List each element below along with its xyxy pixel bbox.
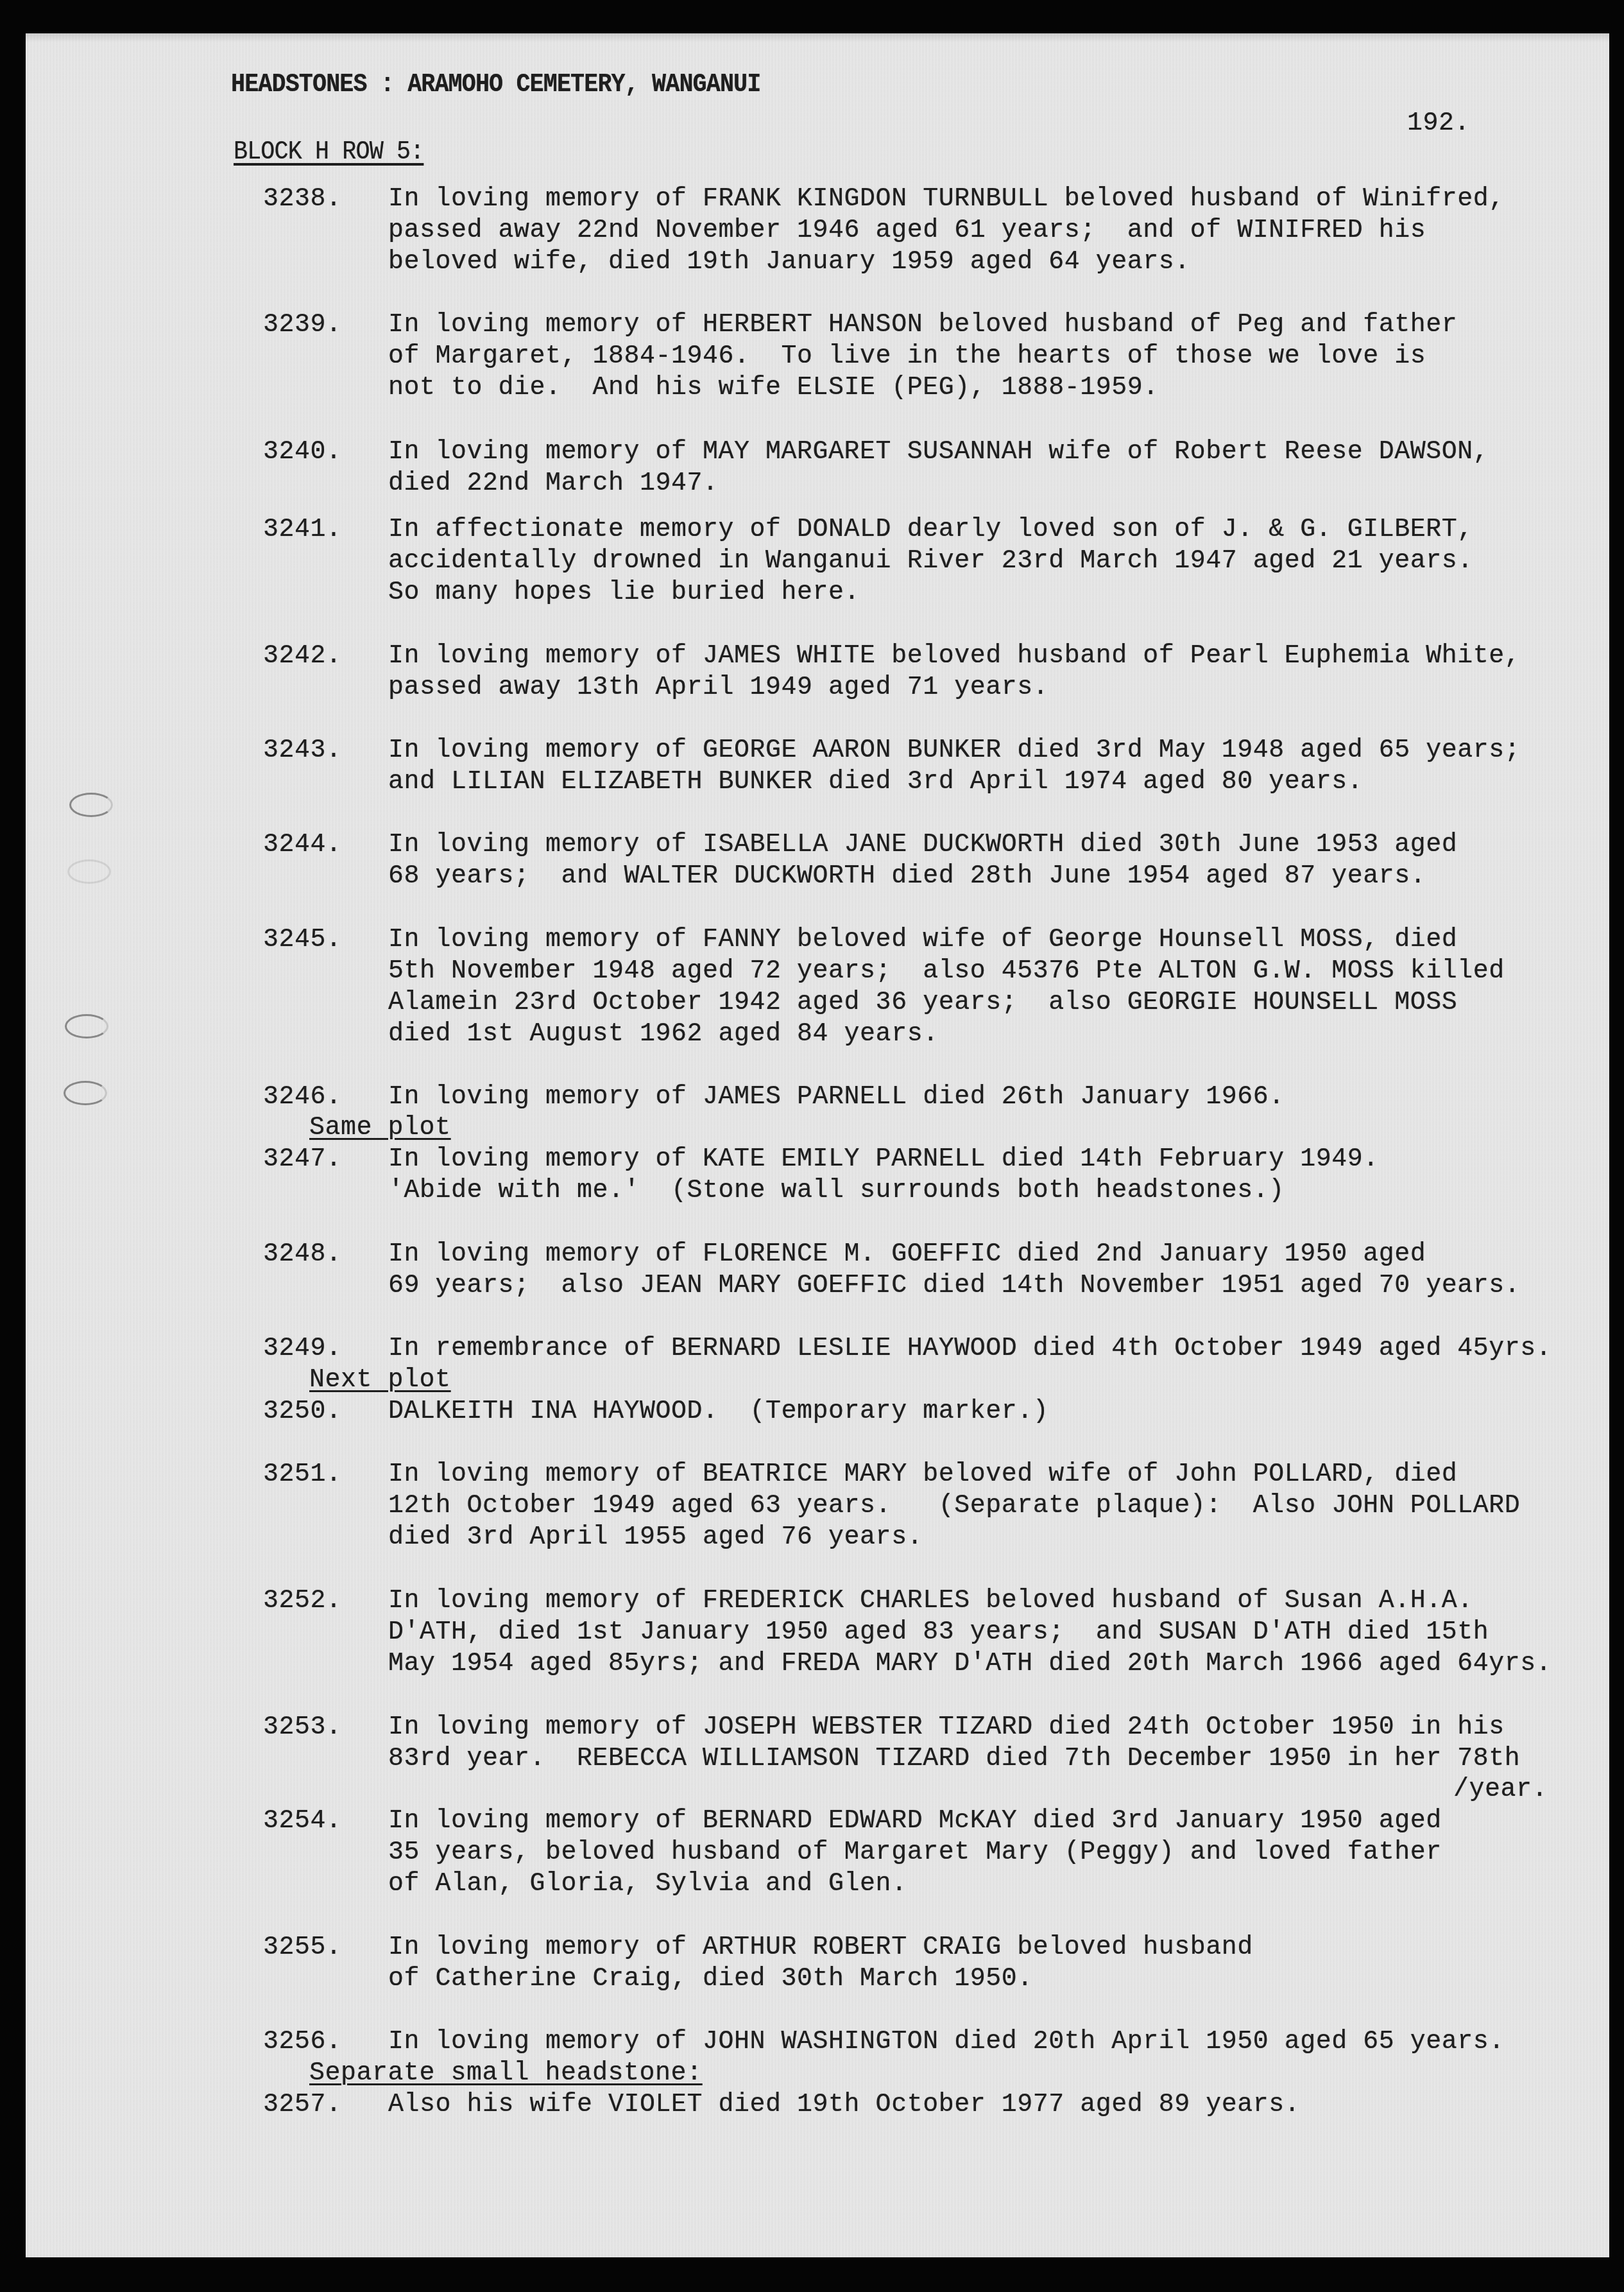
entry-number: 3257. [263, 2089, 342, 2121]
entry-line: Also his wife VIOLET died 19th October 1… [388, 2089, 1300, 2121]
entry-number: 3239. [263, 309, 342, 341]
entry-line: 35 years, beloved husband of Margaret Ma… [388, 1837, 1442, 1868]
punch-hole-icon [67, 859, 111, 884]
note-next-plot: Next plot [309, 1365, 451, 1396]
entry-line: In loving memory of FREDERICK CHARLES be… [388, 1585, 1473, 1617]
entry-line: In loving memory of ISABELLA JANE DUCKWO… [388, 829, 1457, 861]
entry-line: In affectionate memory of DONALD dearly … [388, 514, 1473, 546]
entry-line: So many hopes lie buried here. [388, 577, 860, 608]
entry-number: 3243. [263, 735, 342, 766]
entry-line: died 1st August 1962 aged 84 years. [388, 1019, 939, 1050]
entry-line: passed away 13th April 1949 aged 71 year… [388, 672, 1048, 703]
entry-line: died 22nd March 1947. [388, 468, 719, 499]
entry-line: In loving memory of MAY MARGARET SUSANNA… [388, 436, 1489, 468]
entry-number: 3249. [263, 1333, 342, 1365]
entry-line: died 3rd April 1955 aged 76 years. [388, 1522, 923, 1553]
entry-line: 'Abide with me.' (Stone wall surrounds b… [388, 1175, 1285, 1207]
entry-line: In loving memory of HERBERT HANSON belov… [388, 309, 1457, 341]
entry-number: 3242. [263, 641, 342, 672]
entry-number: 3250. [263, 1396, 342, 1427]
entry-line: In loving memory of KATE EMILY PARNELL d… [388, 1144, 1379, 1175]
entry-line: In loving memory of GEORGE AARON BUNKER … [388, 735, 1520, 766]
entry-line: 83rd year. REBECCA WILLIAMSON TIZARD die… [388, 1743, 1520, 1775]
entry-line: DALKEITH INA HAYWOOD. (Temporary marker.… [388, 1396, 1048, 1427]
entry-line: of Catherine Craig, died 30th March 1950… [388, 1963, 1033, 1995]
entry-line: In loving memory of FRANK KINGDON TURNBU… [388, 184, 1505, 215]
punch-hole-icon [64, 1081, 107, 1105]
entry-line: In loving memory of JOHN WASHINGTON died… [388, 2026, 1505, 2058]
entry-number: 3256. [263, 2026, 342, 2058]
note-same-plot: Same plot [309, 1112, 451, 1144]
entry-line: In remembrance of BERNARD LESLIE HAYWOOD… [388, 1333, 1551, 1365]
entry-line: 5th November 1948 aged 72 years; also 45… [388, 956, 1505, 987]
document-header: HEADSTONES : ARAMOHO CEMETERY, WANGANUI [231, 69, 760, 101]
entry-number: 3247. [263, 1144, 342, 1175]
entry-number: 3244. [263, 829, 342, 861]
section-title: BLOCK H ROW 5: [234, 137, 423, 168]
entry-line: In loving memory of BEATRICE MARY belove… [388, 1459, 1457, 1490]
entry-continuation: /year. [1453, 1774, 1548, 1805]
entry-line: 69 years; also JEAN MARY GOEFFIC died 14… [388, 1270, 1520, 1302]
entry-number: 3241. [263, 514, 342, 546]
entry-line: passed away 22nd November 1946 aged 61 y… [388, 215, 1426, 246]
note-separate-small-headstone: Separate small headstone: [309, 2058, 703, 2089]
entry-line: In loving memory of JOSEPH WEBSTER TIZAR… [388, 1712, 1505, 1743]
entry-line: In loving memory of JAMES PARNELL died 2… [388, 1081, 1285, 1113]
entry-line: 68 years; and WALTER DUCKWORTH died 28th… [388, 861, 1426, 892]
entry-line: In loving memory of FANNY beloved wife o… [388, 924, 1457, 956]
entry-number: 3246. [263, 1081, 342, 1113]
entry-number: 3240. [263, 436, 342, 468]
entry-line: 12th October 1949 aged 63 years. (Separa… [388, 1490, 1520, 1522]
entry-line: not to die. And his wife ELSIE (PEG), 18… [388, 372, 1159, 404]
entry-line: of Margaret, 1884-1946. To live in the h… [388, 341, 1426, 372]
entry-line: In loving memory of BERNARD EDWARD McKAY… [388, 1805, 1442, 1837]
entry-line: Alamein 23rd October 1942 aged 36 years;… [388, 987, 1457, 1019]
entry-line: beloved wife, died 19th January 1959 age… [388, 246, 1190, 278]
entry-line: In loving memory of ARTHUR ROBERT CRAIG … [388, 1932, 1253, 1963]
entry-number: 3251. [263, 1459, 342, 1490]
entry-line: D'ATH, died 1st January 1950 aged 83 yea… [388, 1617, 1489, 1648]
entry-number: 3253. [263, 1712, 342, 1743]
entry-line: and LILIAN ELIZABETH BUNKER died 3rd Apr… [388, 766, 1363, 798]
entry-line: accidentally drowned in Wanganui River 2… [388, 546, 1473, 577]
entry-line: In loving memory of JAMES WHITE beloved … [388, 641, 1520, 672]
entry-number: 3248. [263, 1239, 342, 1270]
page-number: 192. [1407, 108, 1470, 139]
entry-number: 3252. [263, 1585, 342, 1617]
punch-hole-icon [69, 793, 113, 817]
entry-number: 3255. [263, 1932, 342, 1963]
entry-line: of Alan, Gloria, Sylvia and Glen. [388, 1868, 907, 1900]
entry-number: 3238. [263, 184, 342, 215]
entry-number: 3245. [263, 924, 342, 956]
punch-hole-icon [65, 1014, 108, 1038]
entry-line: May 1954 aged 85yrs; and FREDA MARY D'AT… [388, 1648, 1551, 1680]
entry-line: In loving memory of FLORENCE M. GOEFFIC … [388, 1239, 1426, 1270]
entry-number: 3254. [263, 1805, 342, 1837]
